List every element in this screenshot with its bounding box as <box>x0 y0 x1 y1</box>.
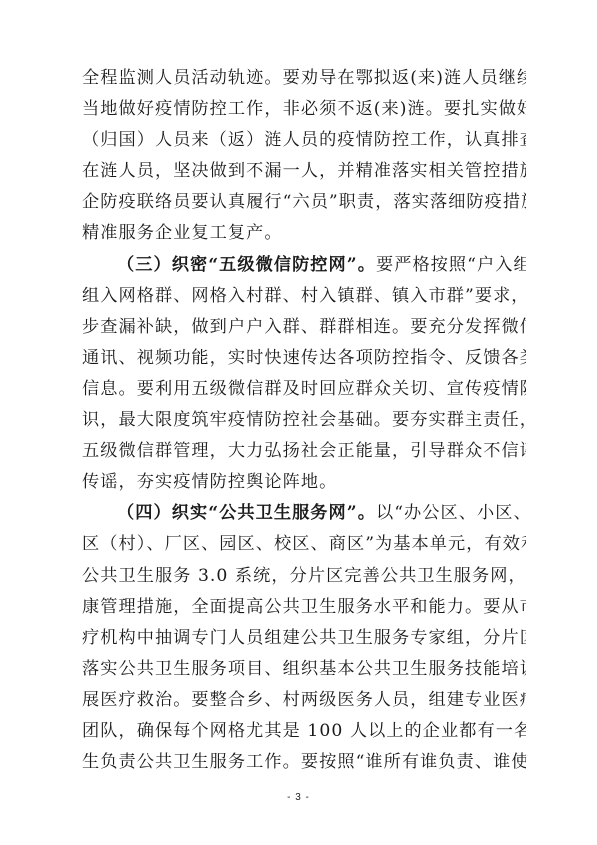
section-heading-line: （四）织实“公共卫生服务网”。以“办公区、小区、社 <box>82 498 526 529</box>
text-line: 生负责公共卫生服务工作。要按照“谁所有谁负责、谁使用谁 <box>82 747 526 778</box>
text-line: 疗机构中抽调专门人员组建公共卫生服务专家组，分片区指导 <box>82 623 526 654</box>
document-body: 全程监测人员活动轨迹。要劝导在鄂拟返(来)涟人员继续配合 当地做好疫情防控工作，… <box>82 63 526 778</box>
paragraph-section-3: （三）织密“五级微信防控网”。要严格按照“户入组群、 组入网格群、网格入村群、村… <box>82 250 526 499</box>
text-line: 企防疫联络员要认真履行“六员”职责，落实落细防疫措施， <box>82 187 526 218</box>
text-run: 以“办公区、小区、社 <box>376 503 526 523</box>
text-line: （归国）人员来（返）涟人员的疫情防控工作，认真排查涉鄂 <box>82 125 526 156</box>
section-heading-line: （三）织密“五级微信防控网”。要严格按照“户入组群、 <box>82 250 526 281</box>
section-heading: （三）织密“五级微信防控网”。 <box>117 255 376 275</box>
text-line: 康管理措施，全面提高公共卫生服务水平和能力。要从市级医 <box>82 592 526 623</box>
text-line: 当地做好疫情防控工作，非必须不返(来)涟。要扎实做好来华 <box>82 94 526 125</box>
text-line: 五级微信群管理，大力弘扬社会正能量，引导群众不信谣、不 <box>82 436 526 467</box>
text-line: 信息。要利用五级微信群及时回应群众关切、宣传疫情防护常 <box>82 374 526 405</box>
text-run: 要严格按照“户入组群、 <box>376 255 526 275</box>
text-line: 全程监测人员活动轨迹。要劝导在鄂拟返(来)涟人员继续配合 <box>82 63 526 94</box>
text-line: 在涟人员，坚决做到不漏一人，并精准落实相关管控措施。驻 <box>82 156 526 187</box>
text-line: 组入网格群、网格入村群、村入镇群、镇入市群”要求，进一 <box>82 281 526 312</box>
text-line: 区（村）、厂区、园区、校区、商区”为基本单元，有效利用 <box>82 529 526 560</box>
page-number: - 3 - <box>0 792 597 803</box>
paragraph-continuation: 全程监测人员活动轨迹。要劝导在鄂拟返(来)涟人员继续配合 当地做好疫情防控工作，… <box>82 63 526 250</box>
text-line: 公共卫生服务 3.0 系统，分片区完善公共卫生服务网，落实健 <box>82 561 526 592</box>
section-heading: （四）织实“公共卫生服务网”。 <box>117 503 376 523</box>
text-line: 传谣，夯实疫情防控舆论阵地。 <box>82 467 526 498</box>
text-line: 团队，确保每个网格尤其是 100 人以上的企业都有一名专业医 <box>82 716 526 747</box>
text-line: 步查漏补缺，做到户户入群、群群相连。要充分发挥微信即时 <box>82 312 526 343</box>
text-line: 展医疗救治。要整合乡、村两级医务人员，组建专业医疗服务 <box>82 685 526 716</box>
text-line: 落实公共卫生服务项目、组织基本公共卫生服务技能培训、开 <box>82 654 526 685</box>
text-line: 精准服务企业复工复产。 <box>82 218 526 249</box>
text-line: 识，最大限度筑牢疫情防控社会基础。要夯实群主责任，加强 <box>82 405 526 436</box>
document-page: 全程监测人员活动轨迹。要劝导在鄂拟返(来)涟人员继续配合 当地做好疫情防控工作，… <box>0 0 597 845</box>
text-line: 通讯、视频功能，实时快速传达各项防控指令、反馈各类防控 <box>82 343 526 374</box>
paragraph-section-4: （四）织实“公共卫生服务网”。以“办公区、小区、社 区（村）、厂区、园区、校区、… <box>82 498 526 778</box>
